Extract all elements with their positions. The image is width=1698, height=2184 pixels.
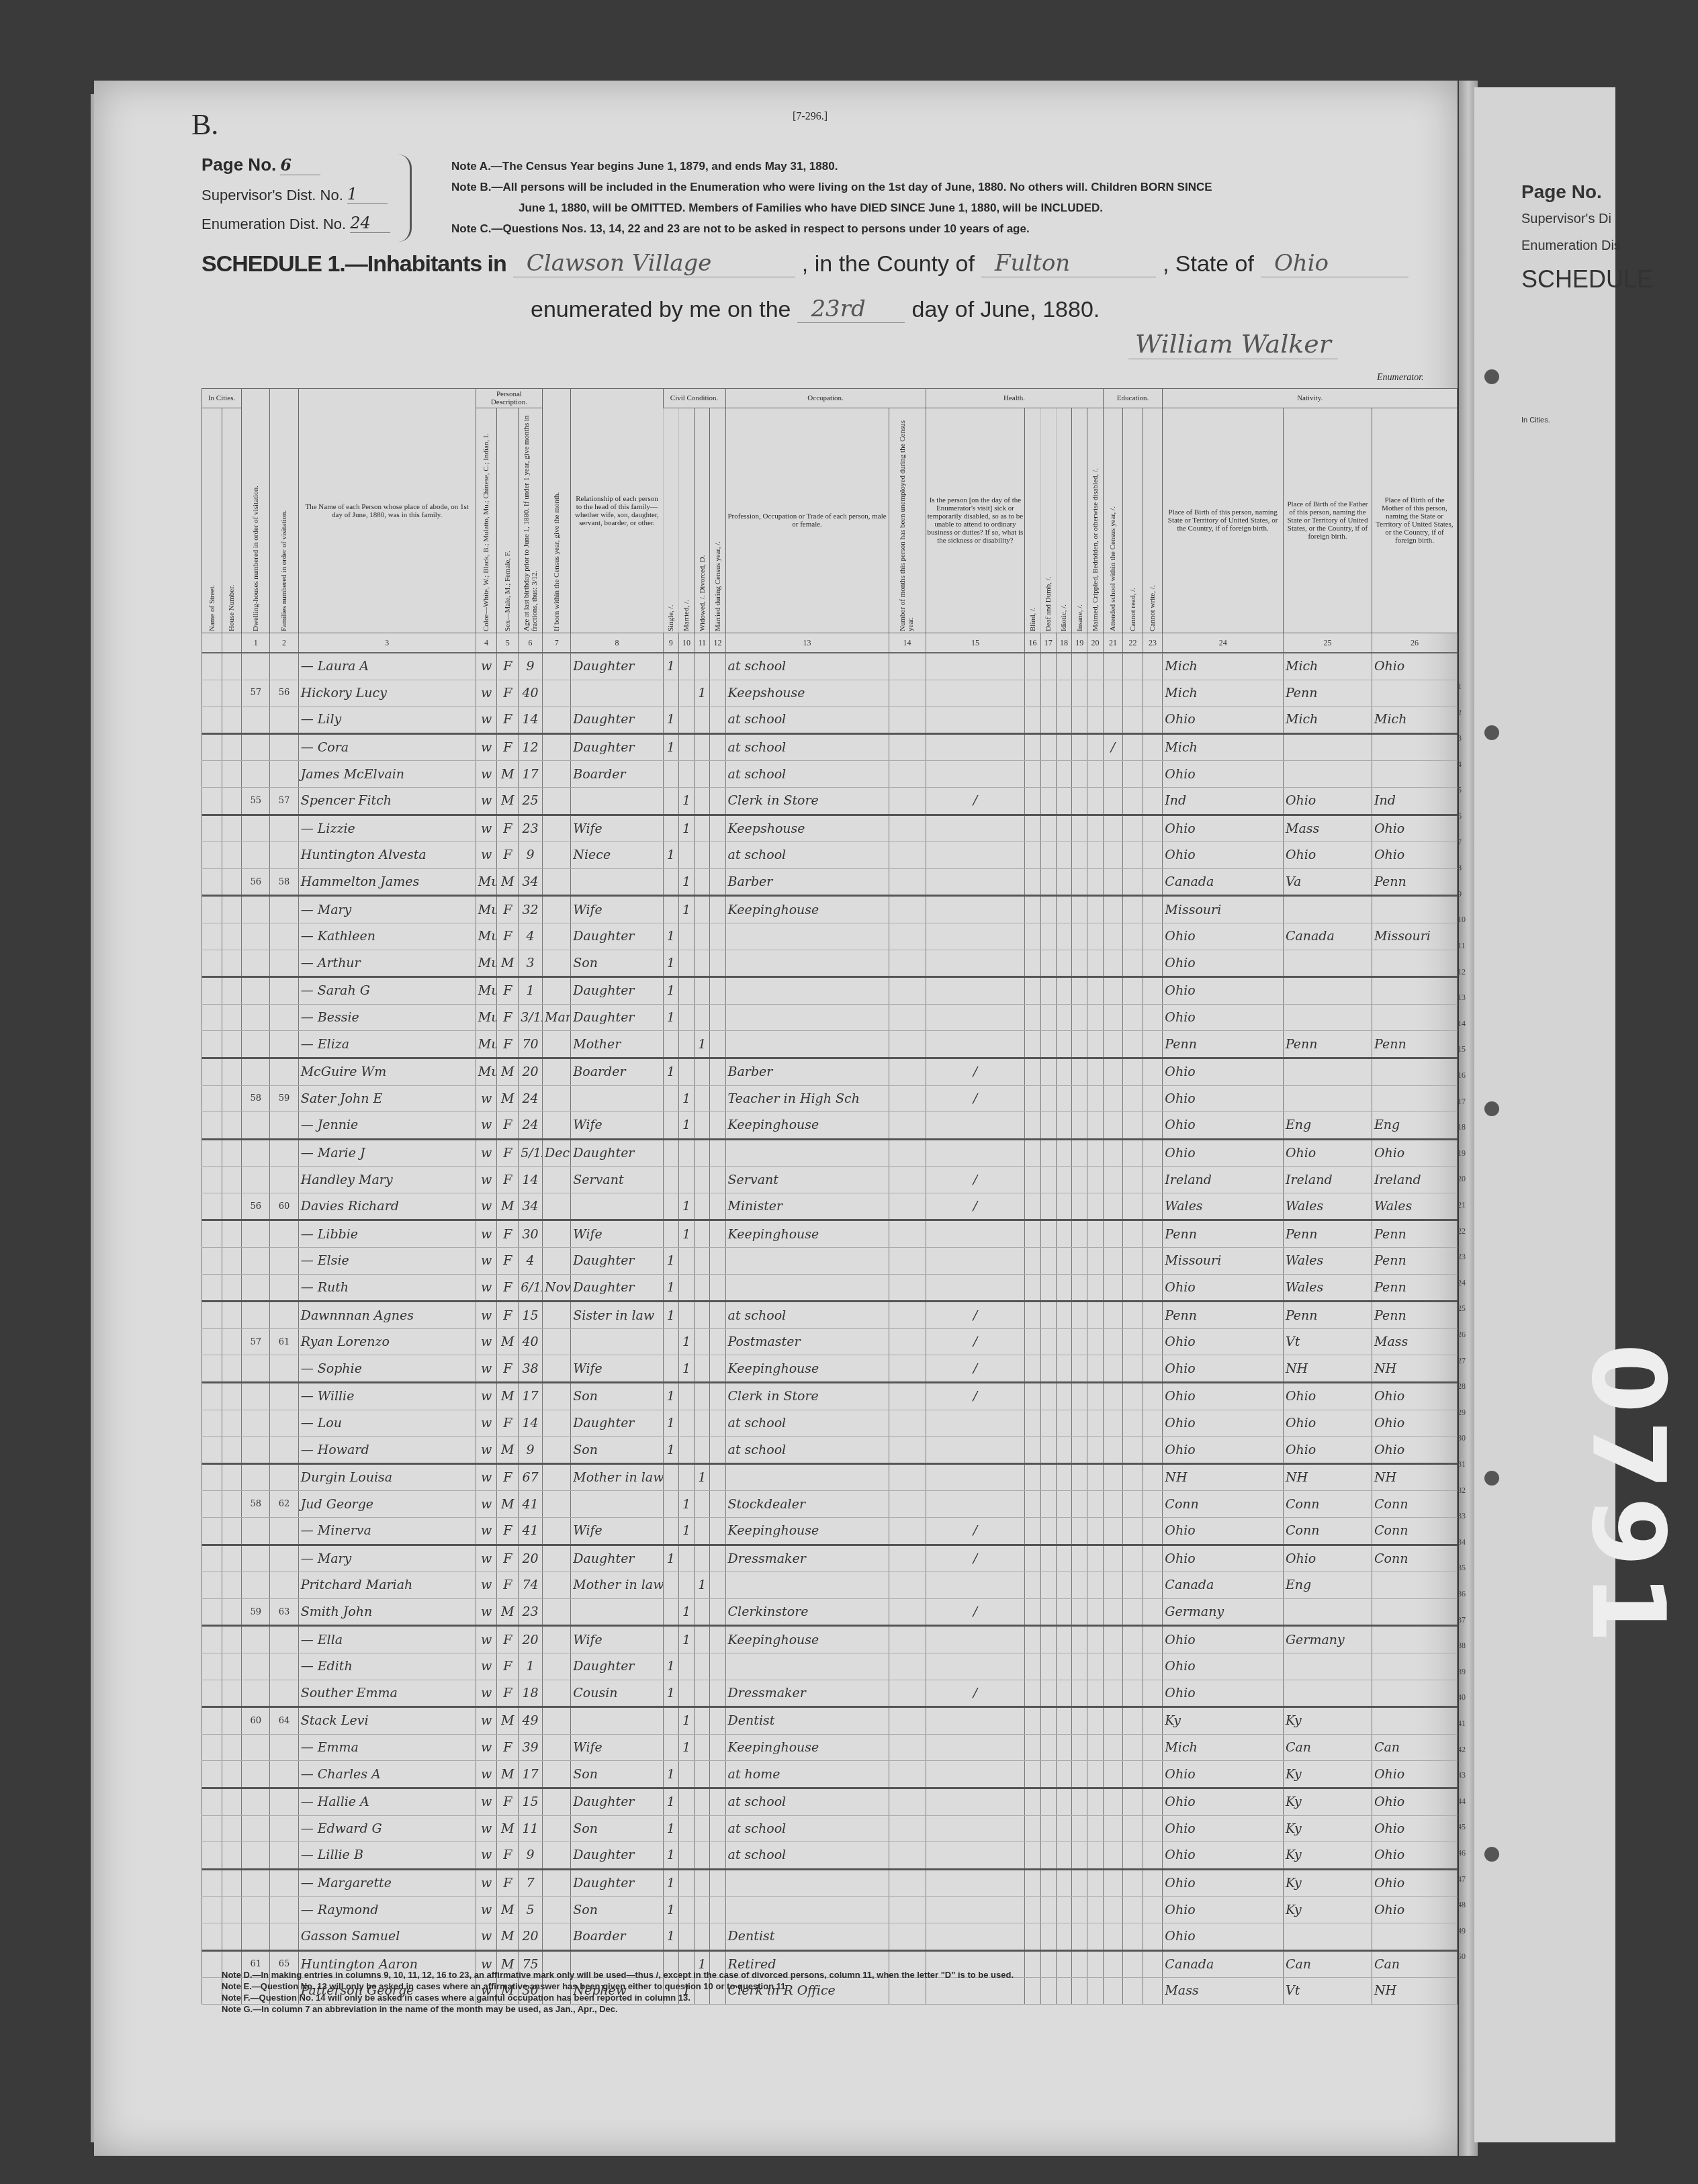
dwelling-number: 60: [242, 1707, 270, 1735]
occupation-cell: at school: [725, 1842, 889, 1870]
married-year-mark: [710, 1058, 725, 1085]
married-mark: 1: [678, 1626, 694, 1653]
cannot-write-mark: [1143, 1410, 1163, 1437]
line-number: 18: [1458, 1122, 1466, 1132]
color-cell: w: [476, 1923, 497, 1950]
deaf-mark: [1040, 1463, 1056, 1491]
line-number: 44: [1458, 1796, 1466, 1807]
enumeration-date-line: enumerated by me on the 23rd day of June…: [531, 295, 1100, 323]
school-mark: [1103, 680, 1123, 707]
family-number: [270, 1518, 298, 1545]
maimed-mark: [1087, 1463, 1103, 1491]
birth-month-cell: [543, 1220, 571, 1248]
person-name: — Sophie: [298, 1355, 476, 1383]
sickness-cell: /: [926, 1355, 1025, 1383]
instructions-notes: Note A.—The Census Year begins June 1, 1…: [451, 156, 1445, 239]
age-cell: 9: [519, 1437, 543, 1464]
sickness-cell: [926, 1220, 1025, 1248]
header-blind: Blind, /.: [1025, 408, 1040, 633]
relationship-cell: [571, 1707, 663, 1735]
family-number: [270, 1572, 298, 1599]
blind-mark: [1025, 1112, 1040, 1140]
mother-birthplace-cell: [1372, 1626, 1457, 1653]
sickness-cell: [926, 1788, 1025, 1815]
single-mark: [663, 761, 678, 788]
insane-mark: [1072, 923, 1087, 950]
column-number: 9: [663, 633, 678, 653]
maimed-mark: [1087, 1302, 1103, 1329]
table-row: 5557Spencer FitchwM251Clerk in Store/Ind…: [202, 787, 1458, 815]
sickness-cell: [926, 1463, 1025, 1491]
mother-birthplace-cell: Eng: [1372, 1112, 1457, 1140]
sickness-cell: /: [926, 1193, 1025, 1220]
relationship-cell: [571, 787, 663, 815]
sex-cell: M: [497, 950, 519, 977]
insane-mark: [1072, 1248, 1087, 1275]
person-name: — Bessie: [298, 1004, 476, 1031]
occupation-cell: Keepinghouse: [725, 1734, 889, 1761]
family-number: [270, 1842, 298, 1870]
idiotic-mark: [1056, 787, 1071, 815]
enum-district-value: 24: [350, 214, 390, 233]
idiotic-mark: [1056, 977, 1071, 1005]
mother-birthplace-cell: [1372, 1572, 1457, 1599]
unemployed-cell: [889, 1167, 926, 1193]
age-cell: 17: [519, 761, 543, 788]
married-year-mark: [710, 1139, 725, 1167]
line-number: 13: [1458, 993, 1466, 1003]
dwelling-number: [242, 1842, 270, 1870]
blind-mark: [1025, 680, 1040, 707]
header-in-cities: In Cities.: [202, 389, 242, 408]
age-cell: 1: [519, 977, 543, 1005]
street-cell: [202, 977, 222, 1005]
enum-prefix: enumerated by me on the: [531, 297, 791, 323]
color-cell: w: [476, 1761, 497, 1788]
widowed-mark: [695, 950, 710, 977]
line-number: 46: [1458, 1848, 1466, 1858]
age-cell: 34: [519, 868, 543, 896]
idiotic-mark: [1056, 1031, 1071, 1058]
idiotic-mark: [1056, 680, 1071, 707]
married-year-mark: [710, 1653, 725, 1680]
table-row: 5963Smith JohnwM231Clerkinstore/Germany: [202, 1598, 1458, 1626]
sex-cell: F: [497, 1302, 519, 1329]
family-number: 60: [270, 1193, 298, 1220]
person-name: James McElvain: [298, 761, 476, 788]
person-name: Pritchard Mariah: [298, 1572, 476, 1599]
dwelling-number: [242, 653, 270, 680]
color-cell: w: [476, 815, 497, 842]
married-mark: [678, 761, 694, 788]
sex-cell: M: [497, 1923, 519, 1950]
maimed-mark: [1087, 1139, 1103, 1167]
married-year-mark: [710, 977, 725, 1005]
married-mark: [678, 1923, 694, 1950]
color-cell: w: [476, 1085, 497, 1112]
age-cell: 9: [519, 1842, 543, 1870]
sickness-cell: [926, 1734, 1025, 1761]
person-name: — Lily: [298, 707, 476, 734]
header-maimed: Maimed, Crippled, Bedridden, or otherwis…: [1087, 408, 1103, 633]
idiotic-mark: [1056, 1139, 1071, 1167]
married-mark: [678, 1788, 694, 1815]
cannot-write-mark: [1143, 868, 1163, 896]
sex-cell: F: [497, 842, 519, 869]
relationship-cell: Daughter: [571, 1274, 663, 1302]
dwelling-number: 58: [242, 1085, 270, 1112]
cannot-write-mark: [1143, 1328, 1163, 1355]
mother-birthplace-cell: Ohio: [1372, 1383, 1457, 1410]
insane-mark: [1072, 1274, 1087, 1302]
sex-cell: F: [497, 680, 519, 707]
widowed-mark: [695, 896, 710, 923]
person-name: — Emma: [298, 1734, 476, 1761]
dwelling-number: [242, 950, 270, 977]
deaf-mark: [1040, 1545, 1056, 1572]
idiotic-mark: [1056, 1761, 1071, 1788]
school-mark: [1103, 1004, 1123, 1031]
sickness-cell: /: [926, 1085, 1025, 1112]
note-c: Note C.—Questions Nos. 13, 14, 22 and 23…: [451, 218, 1445, 239]
single-mark: 1: [663, 977, 678, 1005]
maimed-mark: [1087, 1437, 1103, 1464]
cannot-read-mark: [1123, 1761, 1143, 1788]
color-cell: w: [476, 787, 497, 815]
unemployed-cell: [889, 1572, 926, 1599]
cannot-write-mark: [1143, 815, 1163, 842]
line-number: 34: [1458, 1537, 1466, 1547]
column-number: 8: [571, 633, 663, 653]
insane-mark: [1072, 653, 1087, 680]
adjacent-in-cities-label: In Cities.: [1521, 416, 1550, 424]
dwelling-number: [242, 1410, 270, 1437]
family-number: [270, 1139, 298, 1167]
maimed-mark: [1087, 1788, 1103, 1815]
mother-birthplace-cell: Ohio: [1372, 815, 1457, 842]
unemployed-cell: [889, 1410, 926, 1437]
table-row: — Edward GwM11Son1at schoolOhioKyOhio: [202, 1815, 1458, 1842]
unemployed-cell: [889, 1626, 926, 1653]
school-mark: [1103, 1707, 1123, 1735]
maimed-mark: [1087, 1383, 1103, 1410]
school-mark: [1103, 1572, 1123, 1599]
blind-mark: [1025, 1897, 1040, 1923]
relationship-cell: Daughter: [571, 1869, 663, 1897]
mother-birthplace-cell: [1372, 896, 1457, 923]
house-cell: [222, 896, 242, 923]
line-number: 47: [1458, 1874, 1466, 1884]
table-row: — LilywF14Daughter1at schoolOhioMichMich: [202, 707, 1458, 734]
unemployed-cell: [889, 1923, 926, 1950]
widowed-mark: [695, 1707, 710, 1735]
maimed-mark: [1087, 1328, 1103, 1355]
color-cell: w: [476, 1897, 497, 1923]
line-number: 40: [1458, 1692, 1466, 1702]
single-mark: [663, 868, 678, 896]
line-number: 16: [1458, 1071, 1466, 1081]
birthplace-cell: Conn: [1163, 1491, 1284, 1518]
birthplace-cell: Ohio: [1163, 1897, 1284, 1923]
binder-ring-icon: [1484, 1847, 1499, 1862]
color-cell: Mu: [476, 1058, 497, 1085]
relationship-cell: Wife: [571, 1220, 663, 1248]
father-birthplace-cell: Penn: [1283, 1302, 1372, 1329]
relationship-cell: Daughter: [571, 653, 663, 680]
blind-mark: [1025, 1383, 1040, 1410]
maimed-mark: [1087, 1355, 1103, 1383]
line-number: 38: [1458, 1641, 1466, 1651]
age-cell: 1: [519, 1653, 543, 1680]
line-number: 2: [1458, 708, 1462, 718]
birthplace-cell: Ireland: [1163, 1167, 1284, 1193]
column-number: 19: [1072, 633, 1087, 653]
idiotic-mark: [1056, 1626, 1071, 1653]
line-number: 24: [1458, 1278, 1466, 1288]
idiotic-mark: [1056, 1085, 1071, 1112]
sex-cell: F: [497, 1626, 519, 1653]
occupation-cell: Servant: [725, 1167, 889, 1193]
deaf-mark: [1040, 707, 1056, 734]
maimed-mark: [1087, 1869, 1103, 1897]
married-year-mark: [710, 1328, 725, 1355]
age-cell: 7: [519, 1869, 543, 1897]
school-mark: [1103, 1897, 1123, 1923]
column-number: 18: [1056, 633, 1071, 653]
married-year-mark: [710, 1220, 725, 1248]
sex-cell: F: [497, 1518, 519, 1545]
line-number: 12: [1458, 967, 1466, 977]
birthplace-cell: Ohio: [1163, 1869, 1284, 1897]
occupation-cell: Clerkinstore: [725, 1598, 889, 1626]
birthplace-cell: Ohio: [1163, 761, 1284, 788]
sickness-cell: [926, 950, 1025, 977]
relationship-cell: Daughter: [571, 1248, 663, 1275]
color-cell: w: [476, 1302, 497, 1329]
family-number: [270, 653, 298, 680]
house-cell: [222, 1328, 242, 1355]
insane-mark: [1072, 1626, 1087, 1653]
single-mark: 1: [663, 1653, 678, 1680]
cannot-write-mark: [1143, 787, 1163, 815]
birthplace-cell: Ohio: [1163, 977, 1284, 1005]
sex-cell: F: [497, 1410, 519, 1437]
maimed-mark: [1087, 842, 1103, 869]
birthplace-cell: Ohio: [1163, 1518, 1284, 1545]
occupation-cell: Dentist: [725, 1707, 889, 1735]
widowed-mark: [695, 1112, 710, 1140]
birth-month-cell: [543, 1545, 571, 1572]
sex-cell: F: [497, 653, 519, 680]
deaf-mark: [1040, 1815, 1056, 1842]
insane-mark: [1072, 1193, 1087, 1220]
birth-month-cell: Nov: [543, 1274, 571, 1302]
blind-mark: [1025, 1463, 1040, 1491]
dwelling-number: [242, 1302, 270, 1329]
birth-month-cell: [543, 1410, 571, 1437]
deaf-mark: [1040, 1328, 1056, 1355]
family-number: [270, 1626, 298, 1653]
widowed-mark: [695, 1734, 710, 1761]
street-cell: [202, 1274, 222, 1302]
birthplace-cell: Ohio: [1163, 1788, 1284, 1815]
cannot-read-mark: [1123, 1031, 1143, 1058]
mother-birthplace-cell: Ohio: [1372, 653, 1457, 680]
single-mark: 1: [663, 950, 678, 977]
single-mark: 1: [663, 1897, 678, 1923]
line-number: 14: [1458, 1019, 1466, 1029]
dwelling-number: [242, 733, 270, 761]
frame-stamp-number: 0791: [1552, 1343, 1686, 1780]
father-birthplace-cell: Ky: [1283, 1897, 1372, 1923]
widowed-mark: [695, 707, 710, 734]
family-number: [270, 1220, 298, 1248]
insane-mark: [1072, 1788, 1087, 1815]
cannot-write-mark: [1143, 1842, 1163, 1870]
color-cell: w: [476, 1274, 497, 1302]
deaf-mark: [1040, 1302, 1056, 1329]
occupation-cell: at school: [725, 1302, 889, 1329]
single-mark: [663, 1626, 678, 1653]
house-cell: [222, 1193, 242, 1220]
married-mark: 1: [678, 1707, 694, 1735]
family-number: 56: [270, 680, 298, 707]
street-cell: [202, 896, 222, 923]
census-table: In Cities. Dwelling-houses numbered in o…: [202, 388, 1458, 2005]
column-number: 25: [1283, 633, 1372, 653]
person-name: Dawnnnan Agnes: [298, 1302, 476, 1329]
street-cell: [202, 1734, 222, 1761]
birth-month-cell: [543, 787, 571, 815]
table-row: Souther EmmawF18Cousin1Dressmaker/Ohio: [202, 1680, 1458, 1707]
blind-mark: [1025, 1545, 1040, 1572]
father-birthplace-cell: Penn: [1283, 680, 1372, 707]
single-mark: 1: [663, 923, 678, 950]
birthplace-cell: Ohio: [1163, 1923, 1284, 1950]
age-cell: 9: [519, 653, 543, 680]
house-cell: [222, 787, 242, 815]
dwelling-number: [242, 1167, 270, 1193]
unemployed-cell: [889, 1085, 926, 1112]
header-father-birth: Place of Birth of the Father of this per…: [1283, 408, 1372, 633]
insane-mark: [1072, 1085, 1087, 1112]
color-cell: w: [476, 1653, 497, 1680]
birthplace-cell: Mich: [1163, 1734, 1284, 1761]
street-cell: [202, 707, 222, 734]
family-number: [270, 1815, 298, 1842]
sex-cell: F: [497, 707, 519, 734]
line-number: 35: [1458, 1563, 1466, 1573]
color-cell: w: [476, 707, 497, 734]
widowed-mark: [695, 1761, 710, 1788]
sickness-cell: /: [926, 1167, 1025, 1193]
insane-mark: [1072, 977, 1087, 1005]
school-mark: [1103, 1626, 1123, 1653]
married-year-mark: [710, 1302, 725, 1329]
sex-cell: F: [497, 1869, 519, 1897]
mother-birthplace-cell: [1372, 1923, 1457, 1950]
school-mark: [1103, 1463, 1123, 1491]
relationship-cell: Wife: [571, 1112, 663, 1140]
column-number: 23: [1143, 633, 1163, 653]
blind-mark: [1025, 1518, 1040, 1545]
father-birthplace-cell: [1283, 1004, 1372, 1031]
dwelling-number: [242, 1437, 270, 1464]
married-mark: 1: [678, 1193, 694, 1220]
occupation-cell: [725, 1031, 889, 1058]
relationship-cell: Daughter: [571, 1004, 663, 1031]
married-year-mark: [710, 1923, 725, 1950]
birthplace-cell: Penn: [1163, 1302, 1284, 1329]
unemployed-cell: [889, 896, 926, 923]
insane-mark: [1072, 1383, 1087, 1410]
house-cell: [222, 1572, 242, 1599]
mother-birthplace-cell: [1372, 1653, 1457, 1680]
person-name: — Minerva: [298, 1518, 476, 1545]
widowed-mark: [695, 761, 710, 788]
married-year-mark: [710, 1112, 725, 1140]
married-mark: 1: [678, 1112, 694, 1140]
maimed-mark: [1087, 1626, 1103, 1653]
age-cell: 6/12: [519, 1274, 543, 1302]
relationship-cell: [571, 868, 663, 896]
married-mark: [678, 1463, 694, 1491]
age-cell: 40: [519, 1328, 543, 1355]
house-cell: [222, 1355, 242, 1383]
family-number: [270, 1897, 298, 1923]
header-education-group: Education.: [1103, 389, 1163, 408]
state-label: , State of: [1163, 251, 1254, 277]
school-mark: [1103, 1058, 1123, 1085]
blind-mark: [1025, 1167, 1040, 1193]
person-name: Handley Mary: [298, 1167, 476, 1193]
married-year-mark: [710, 1572, 725, 1599]
sickness-cell: /: [926, 1328, 1025, 1355]
color-cell: w: [476, 1167, 497, 1193]
line-number: 25: [1458, 1304, 1466, 1314]
cannot-write-mark: [1143, 1193, 1163, 1220]
house-cell: [222, 1383, 242, 1410]
sickness-cell: [926, 680, 1025, 707]
idiotic-mark: [1056, 1815, 1071, 1842]
widowed-mark: [695, 1220, 710, 1248]
color-cell: w: [476, 680, 497, 707]
sex-cell: F: [497, 1031, 519, 1058]
line-number: 27: [1458, 1356, 1466, 1366]
table-row: — Laura AwF9Daughter1at schoolMichMichOh…: [202, 653, 1458, 680]
table-row: — RaymondwM5Son1OhioKyOhio: [202, 1897, 1458, 1923]
cannot-read-mark: [1123, 1518, 1143, 1545]
sickness-cell: [926, 1004, 1025, 1031]
family-number: [270, 1761, 298, 1788]
school-mark: [1103, 1248, 1123, 1275]
father-birthplace-cell: Ohio: [1283, 842, 1372, 869]
cannot-read-mark: [1123, 1302, 1143, 1329]
widowed-mark: [695, 1437, 710, 1464]
cannot-write-mark: [1143, 1680, 1163, 1707]
single-mark: 1: [663, 1302, 678, 1329]
father-birthplace-cell: Eng: [1283, 1112, 1372, 1140]
birthplace-cell: Canada: [1163, 868, 1284, 896]
sickness-cell: [926, 977, 1025, 1005]
sex-cell: F: [497, 1545, 519, 1572]
cannot-write-mark: [1143, 842, 1163, 869]
blind-mark: [1025, 1031, 1040, 1058]
unemployed-cell: [889, 1869, 926, 1897]
birth-month-cell: Dec: [543, 1139, 571, 1167]
street-cell: [202, 1626, 222, 1653]
single-mark: 1: [663, 1058, 678, 1085]
